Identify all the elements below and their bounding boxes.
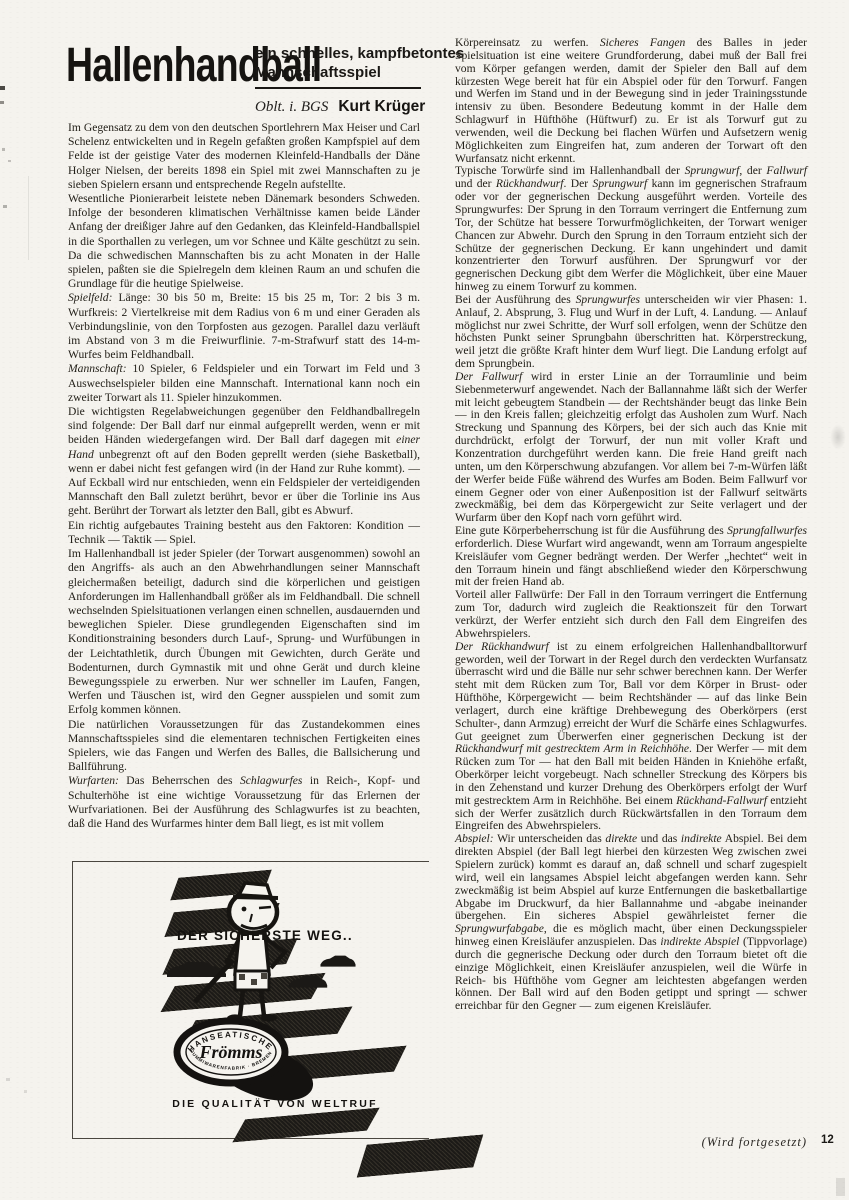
- scan-line-artifact: [28, 176, 29, 260]
- car-icon: [319, 954, 357, 969]
- scan-edge-mark: [0, 86, 5, 90]
- paragraph: Die natürlichen Voraussetzungen für das …: [68, 718, 420, 775]
- paragraph: Spielfeld: Länge: 30 bis 50 m, Breite: 1…: [68, 291, 420, 362]
- continuation-note: (Wird fortgesetzt): [702, 1135, 807, 1149]
- scan-edge-mark: [8, 160, 11, 162]
- paragraph: Typische Torwürfe sind im Hallenhandball…: [455, 165, 807, 293]
- scan-speck: [6, 1078, 10, 1081]
- paragraph: Der Fallwurf wird in erster Linie an der…: [455, 371, 807, 525]
- advert-headline: DER SICHERSTE WEG..: [177, 928, 353, 943]
- page-number: 12: [821, 1134, 834, 1146]
- header-rule: [255, 87, 421, 89]
- paragraph: Eine gute Körperbeherrschung ist für die…: [455, 525, 807, 589]
- article-subtitle-line2: Mannschaftsspiel: [255, 63, 464, 82]
- paragraph: Der Rückhandwurf ist zu einem erfolgreic…: [455, 641, 807, 731]
- author-name: Kurt Krüger: [338, 98, 425, 115]
- paragraph: Im Gegensatz zu dem von den deutschen Sp…: [68, 121, 420, 192]
- article-subtitle-line1: ein schnelles, kampfbetontes: [255, 44, 464, 63]
- byline: Oblt. i. BGS Kurt Krüger: [255, 98, 425, 116]
- paragraph: Ein richtig aufgebautes Training besteht…: [68, 519, 420, 547]
- left-column: Im Gegensatz zu dem von den deutschen Sp…: [68, 121, 420, 831]
- scan-smudge: [836, 1178, 845, 1196]
- scan-smudge: [830, 424, 846, 450]
- article-subtitle: ein schnelles, kampfbetontes Mannschafts…: [255, 44, 464, 82]
- scan-edge-mark: [3, 205, 7, 208]
- paragraph: Wurfarten: Das Beherrschen des Schlagwur…: [68, 774, 420, 831]
- author-rank: Oblt. i. BGS: [255, 99, 328, 115]
- paragraph: Wesentliche Pionierarbeit leistete neben…: [68, 192, 420, 291]
- froemms-logo-icon: HANSEATISCHE Frömms GUMMIWARENFABRIK · B…: [171, 1012, 321, 1108]
- page-footer: (Wird fortgesetzt) 12: [455, 1133, 807, 1151]
- magazine-page: Hallenhandball ein schnelles, kampfbeton…: [0, 0, 849, 1200]
- logo-name-text: Frömms: [198, 1042, 262, 1062]
- right-column: Körpereinsatz zu werfen. Sicheres Fangen…: [455, 37, 807, 1013]
- advert-tagline: DIE QUALITÄT VON WELTRUF: [169, 1098, 381, 1110]
- paragraph: Die wichtigsten Regelabweichungen gegenü…: [68, 405, 420, 519]
- advert-froemms: DER SICHERSTE WEG.. HANSEATISCHE Frömms …: [72, 861, 429, 1139]
- paragraph: Abspiel: Wir unterscheiden das direkte u…: [455, 833, 807, 1013]
- scan-edge-mark: [0, 101, 4, 104]
- paragraph: Bei der Ausführung des Sprungwurfes unte…: [455, 294, 807, 371]
- scan-speck: [24, 1090, 27, 1093]
- pedestrian-figure-icon: [181, 878, 311, 1026]
- paragraph: Mannschaft: 10 Spieler, 6 Feldspieler un…: [68, 362, 420, 405]
- zebra-stripe: [230, 1108, 381, 1143]
- scan-edge-mark: [2, 148, 5, 151]
- paragraph: Vorteil aller Fallwürfe: Der Fall in den…: [455, 589, 807, 640]
- paragraph: Gut geeignet zum Überwerfen einer gegner…: [455, 731, 807, 834]
- paragraph: Im Hallenhandball ist jeder Spieler (der…: [68, 547, 420, 717]
- paragraph: Körpereinsatz zu werfen. Sicheres Fangen…: [455, 37, 807, 165]
